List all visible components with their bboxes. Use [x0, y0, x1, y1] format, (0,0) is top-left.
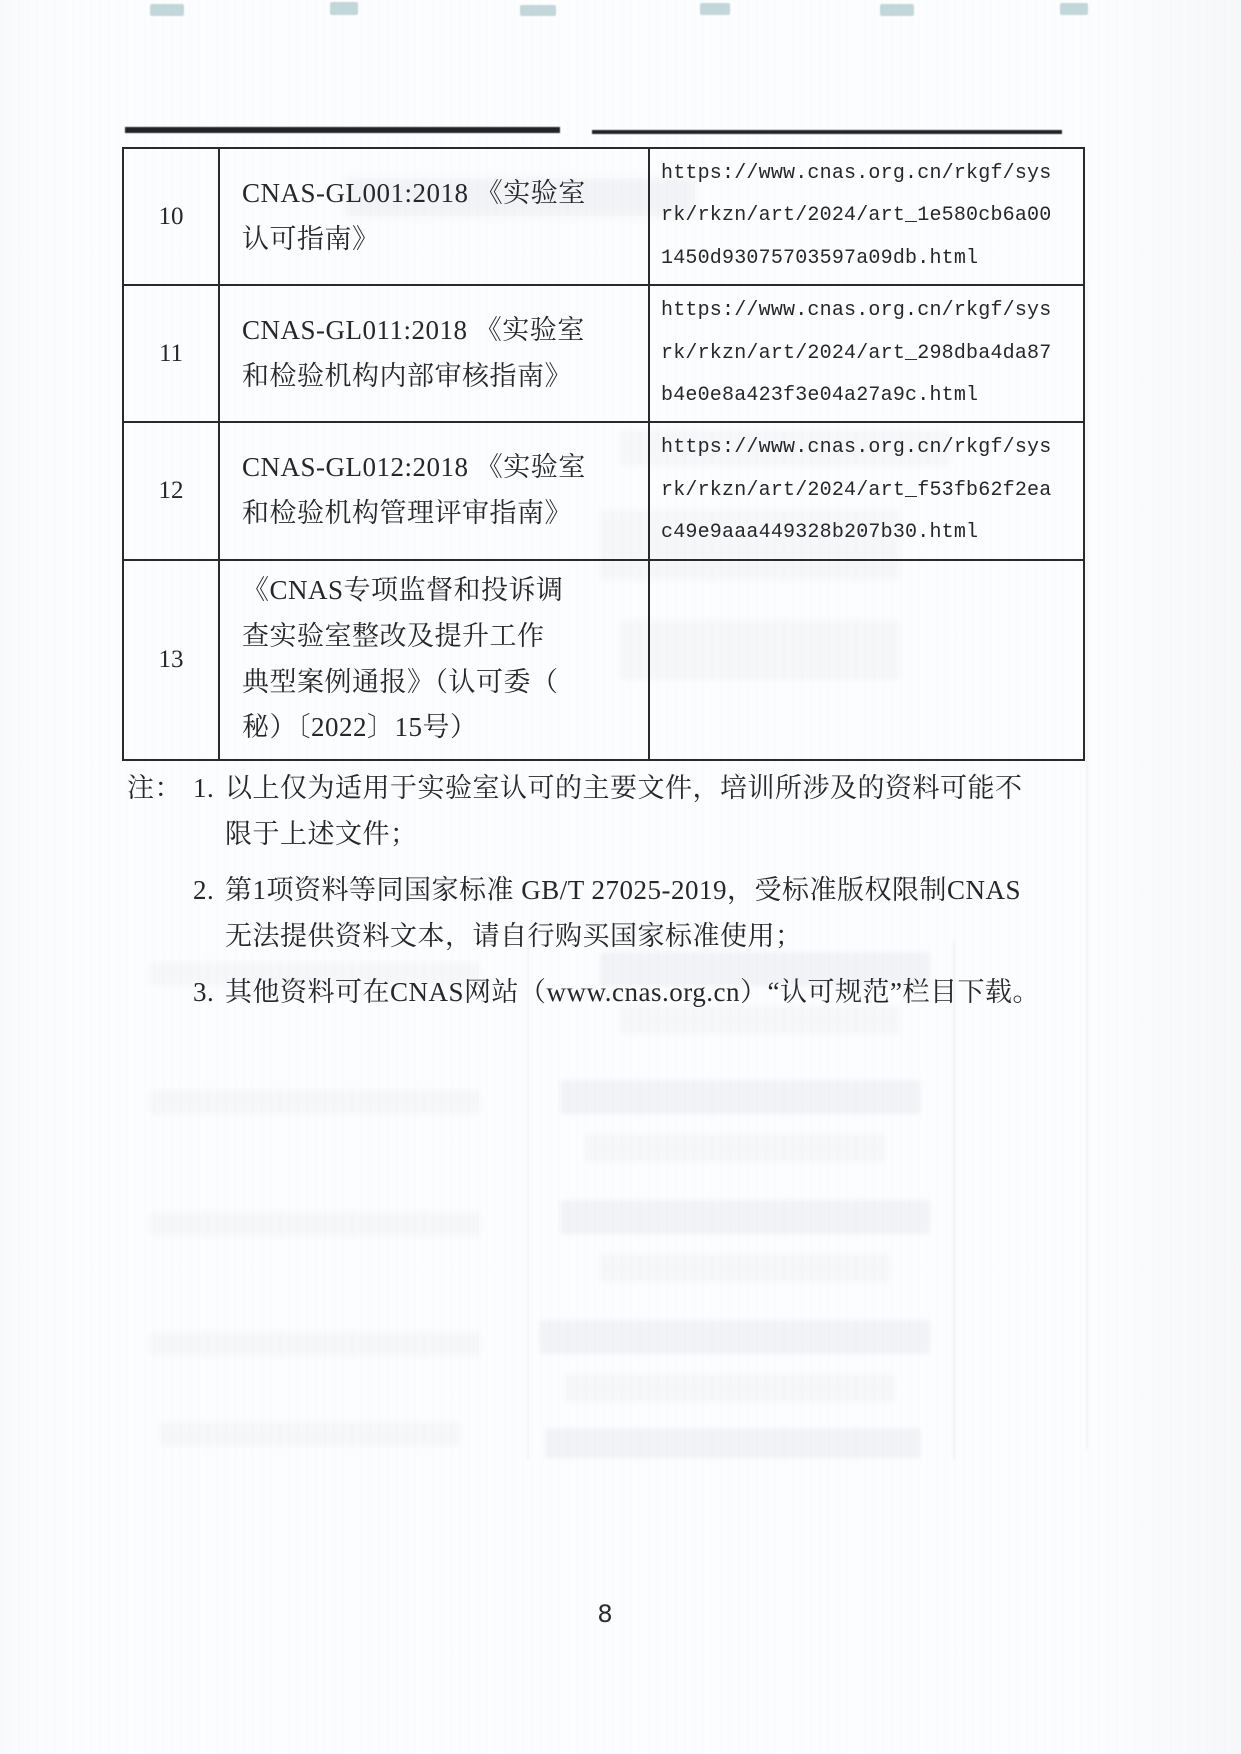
bleed-through-artifact	[600, 1254, 890, 1282]
row-number-cell: 12	[123, 422, 219, 559]
note-number: 3.	[193, 969, 225, 1015]
table-row: 12 CNAS-GL012:2018 《实验室 和检验机构管理评审指南》 htt…	[123, 422, 1084, 559]
note-number: 1.	[193, 765, 225, 811]
doc-title-cell: 《CNAS专项监督和投诉调 查实验室整改及提升工作 典型案例通报》（认可委（ 秘…	[219, 560, 649, 760]
bleed-through-artifact	[150, 1212, 480, 1236]
row-number-cell: 10	[123, 148, 219, 285]
page-number: 8	[560, 1600, 650, 1628]
bleed-through-artifact	[565, 1374, 895, 1402]
bleed-through-artifact	[150, 4, 184, 16]
doc-url-cell: https://www.cnas.org.cn/rkgf/sys rk/rkzn…	[649, 422, 1084, 559]
doc-url-cell: https://www.cnas.org.cn/rkgf/sys rk/rkzn…	[649, 148, 1084, 285]
scan-smear-artifact	[125, 127, 560, 133]
scan-smear-artifact	[592, 130, 1062, 134]
table-row: 11 CNAS-GL011:2018 《实验室 和检验机构内部审核指南》 htt…	[123, 285, 1084, 422]
bleed-through-artifact	[1060, 3, 1088, 15]
bleed-through-artifact	[545, 1428, 920, 1458]
note-item: 注： 1. 以上仅为适用于实验室认可的主要文件，培训所涉及的资料可能不 限于上述…	[127, 765, 1122, 858]
bleed-through-artifact	[160, 1422, 460, 1446]
row-number-cell: 11	[123, 285, 219, 422]
bleed-through-artifact	[585, 1134, 885, 1162]
footnotes: 注： 1. 以上仅为适用于实验室认可的主要文件，培训所涉及的资料可能不 限于上述…	[127, 765, 1122, 1024]
bleed-through-artifact	[560, 1200, 930, 1234]
note-item: 2. 第1项资料等同国家标准 GB/T 27025-2019，受标准版权限制CN…	[127, 867, 1122, 960]
bleed-through-artifact	[150, 1332, 480, 1356]
bleed-through-artifact	[560, 1080, 920, 1114]
bleed-through-artifact	[540, 1320, 930, 1354]
doc-title-cell: CNAS-GL012:2018 《实验室 和检验机构管理评审指南》	[219, 422, 649, 559]
table-row: 13 《CNAS专项监督和投诉调 查实验室整改及提升工作 典型案例通报》（认可委…	[123, 560, 1084, 760]
doc-title-cell: CNAS-GL011:2018 《实验室 和检验机构内部审核指南》	[219, 285, 649, 422]
bleed-through-artifact	[880, 4, 914, 16]
table-row: 10 CNAS-GL001:2018 《实验室 认可指南》 https://ww…	[123, 148, 1084, 285]
note-text: 第1项资料等同国家标准 GB/T 27025-2019，受标准版权限制CNAS …	[225, 867, 1122, 960]
row-number-cell: 13	[123, 560, 219, 760]
bleed-through-artifact	[150, 1090, 480, 1114]
bleed-through-artifact	[700, 3, 730, 15]
bleed-through-artifact	[330, 2, 358, 15]
scanned-document-page: 10 CNAS-GL001:2018 《实验室 认可指南》 https://ww…	[0, 0, 1241, 1754]
note-text: 以上仅为适用于实验室认可的主要文件，培训所涉及的资料可能不 限于上述文件；	[225, 765, 1122, 858]
note-item: 3. 其他资料可在CNAS网站（www.cnas.org.cn）“认可规范”栏目…	[127, 969, 1122, 1015]
note-number: 2.	[193, 867, 225, 913]
doc-title-cell: CNAS-GL001:2018 《实验室 认可指南》	[219, 148, 649, 285]
note-label: 注：	[127, 765, 193, 811]
doc-url-cell: https://www.cnas.org.cn/rkgf/sys rk/rkzn…	[649, 285, 1084, 422]
note-text: 其他资料可在CNAS网站（www.cnas.org.cn）“认可规范”栏目下载。	[225, 969, 1122, 1015]
bleed-through-artifact	[520, 5, 556, 16]
doc-url-cell	[649, 560, 1084, 760]
document-reference-table: 10 CNAS-GL001:2018 《实验室 认可指南》 https://ww…	[122, 147, 1085, 761]
